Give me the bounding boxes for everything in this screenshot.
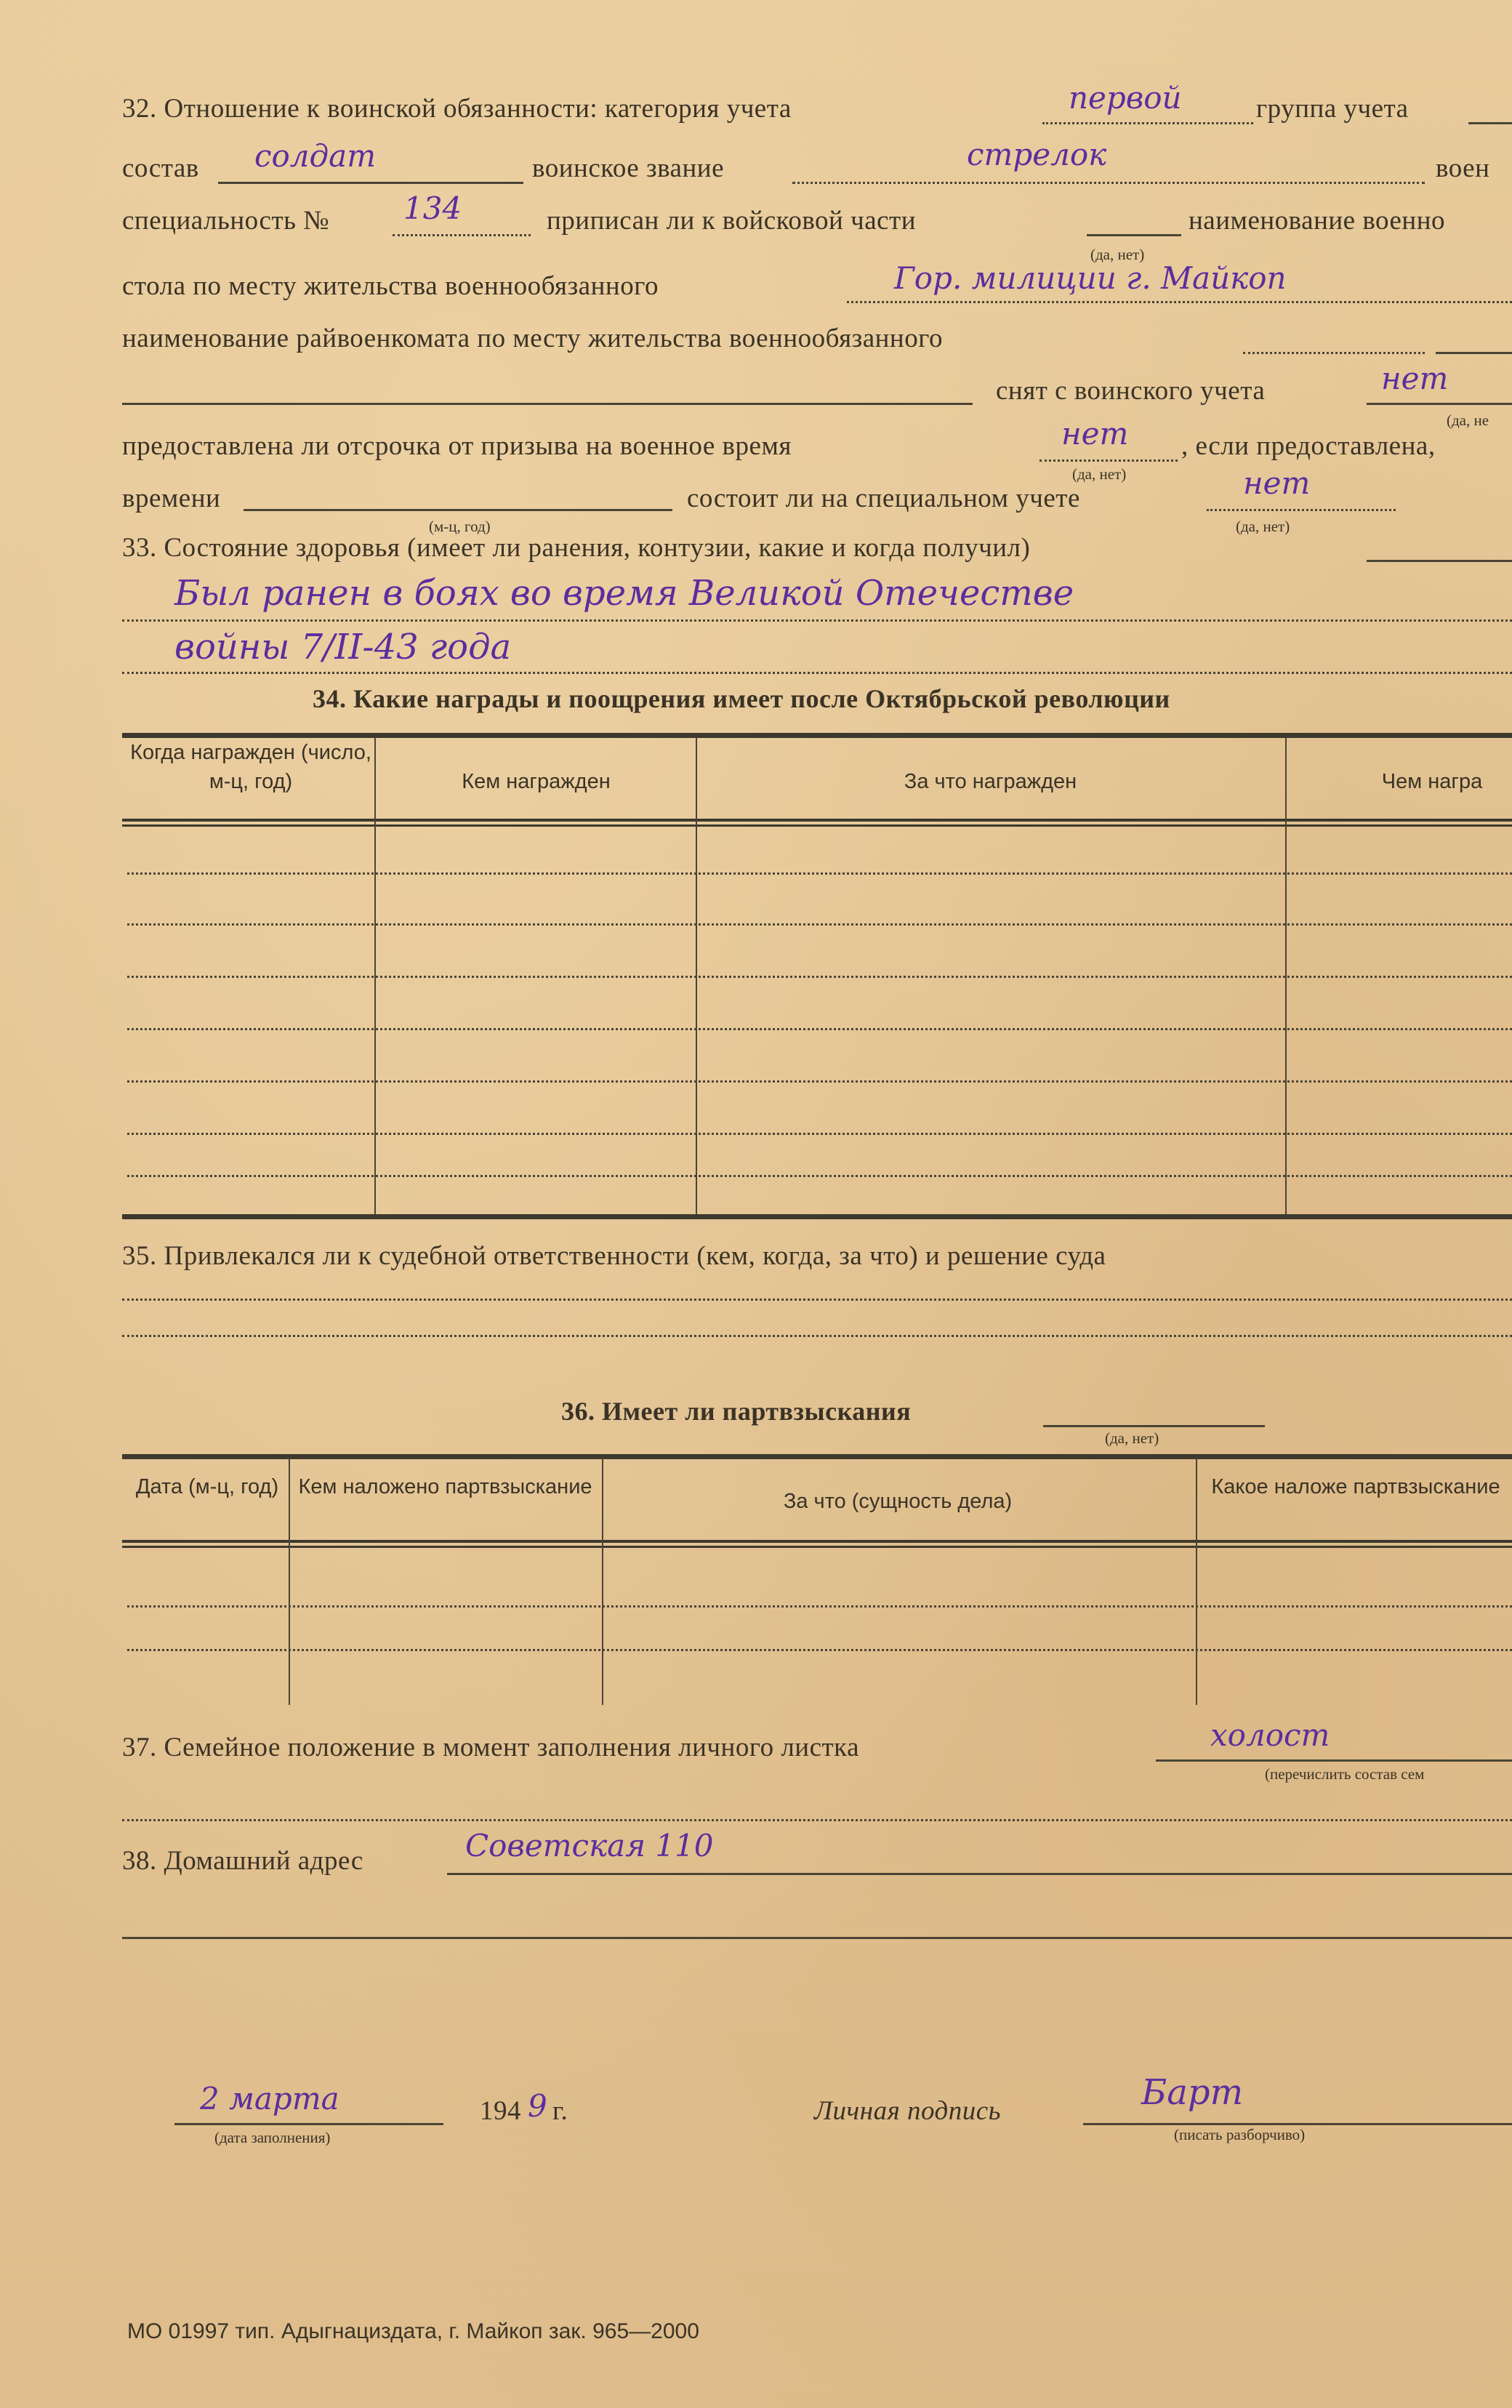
penalty-row-line [127, 1649, 1512, 1651]
family-field-line [1156, 1759, 1512, 1762]
voen-label: воен [1436, 153, 1489, 184]
year-digit[interactable]: 9 [528, 2088, 547, 2124]
penalty-row-line [127, 1605, 1512, 1608]
awards-col-with-what: Чем награ [1287, 767, 1512, 796]
year-prefix: 194 [480, 2095, 521, 2127]
rank-value[interactable]: стрелок [967, 137, 1106, 172]
health-value-line-1[interactable]: Был ранен в боях во время Великой Отечес… [174, 573, 1074, 614]
awards-row-line [127, 1175, 1512, 1177]
awards-row-line [127, 1133, 1512, 1135]
awards-title: 34. Какие награды и поощрения имеет посл… [313, 683, 1170, 714]
special-value[interactable]: нет [1243, 465, 1310, 501]
assigned-label: приписан ли к войсковой части [547, 205, 916, 236]
raivoenkomat-continuation-line [122, 403, 973, 405]
assigned-field-line [1087, 234, 1181, 236]
time-label: времени [122, 483, 220, 514]
if-granted-label: , если предоставлена, [1181, 430, 1436, 462]
awards-row-line [127, 923, 1512, 926]
awards-row-line [127, 1080, 1512, 1083]
awards-table-bottom-border [122, 1214, 1512, 1219]
address-field-line [447, 1873, 1512, 1875]
deferment-hint: (да, нет) [1072, 465, 1126, 483]
category-field-line [1042, 122, 1253, 124]
penalty-col-divider-3 [1196, 1458, 1197, 1705]
table-field-line [847, 301, 1512, 303]
family-line-2 [122, 1819, 1512, 1821]
table-value[interactable]: Гор. милиции г. Майкоп [894, 260, 1287, 296]
family-hint: (перечислить состав сем [1265, 1765, 1424, 1783]
spec-value[interactable]: 134 [403, 190, 462, 226]
party-penalty-hint: (да, нет) [1105, 1429, 1159, 1448]
court-line-1 [122, 1299, 1512, 1301]
s32-label: 32. Отношение к воинской обязанности: ка… [122, 93, 792, 124]
address-value[interactable]: Советская 110 [465, 1828, 714, 1863]
rank-field-line [792, 182, 1425, 184]
awards-col-by-whom: Кем награжден [378, 767, 694, 796]
signature-field-line [1083, 2123, 1512, 2125]
signature-hint: (писать разборчиво) [1174, 2126, 1305, 2144]
printer-imprint: МО 01997 тип. Адыгнациздата, г. Майкоп з… [127, 2319, 699, 2344]
time-field-line [244, 509, 672, 511]
penalty-col-type: Какое наложе партвзыскание [1199, 1472, 1512, 1501]
signature-value[interactable]: Барт [1141, 2072, 1243, 2113]
removed-value[interactable]: нет [1381, 361, 1448, 396]
category-value[interactable]: первой [1069, 80, 1182, 116]
date-value[interactable]: 2 марта [200, 2081, 339, 2116]
signature-label: Личная подпись [814, 2095, 1001, 2127]
removed-field-line [1367, 403, 1512, 405]
deferment-label: предоставлена ли отсрочка от призыва на … [122, 430, 792, 462]
date-field-line [174, 2123, 443, 2125]
penalty-col-date: Дата (м-ц, год) [127, 1472, 287, 1501]
health-line-2 [122, 672, 1512, 674]
awards-col-when: Когда награжден (число, м-ц, год) [127, 738, 374, 796]
raivoenkomat-label: наименование райвоенкомата по месту жите… [122, 323, 943, 354]
penalty-col-by-whom: Кем наложено партвзыскание [291, 1472, 600, 1501]
name-label: наименование военно [1189, 205, 1445, 236]
penalty-col-for-what: За что (сущность дела) [603, 1487, 1192, 1516]
awards-row-line [127, 872, 1512, 875]
party-penalty-title: 36. Имеет ли партвзыскания [561, 1396, 911, 1426]
health-field-line [1367, 560, 1512, 562]
table-label: стола по месту жительства военнообязанно… [122, 270, 659, 302]
awards-col-divider-3 [1285, 738, 1287, 1218]
health-line-1 [122, 619, 1512, 622]
group-label: группа учета [1256, 93, 1409, 124]
court-label: 35. Привлекался ли к судебной ответствен… [122, 1240, 1106, 1272]
penalty-col-divider-2 [602, 1458, 603, 1705]
penalty-col-divider-1 [289, 1458, 290, 1705]
removed-hint: (да, не [1447, 412, 1489, 430]
family-value[interactable]: холост [1210, 1717, 1330, 1753]
awards-col-divider-1 [374, 738, 376, 1218]
awards-row-line [127, 976, 1512, 978]
family-label: 37. Семейное положение в момент заполнен… [122, 1732, 859, 1763]
raivoenkomat-field-line-a [1243, 352, 1425, 354]
group-field-line [1468, 122, 1512, 124]
date-hint: (дата заполнения) [214, 2129, 330, 2147]
spec-field-line [393, 234, 531, 236]
spec-label: специальность № [122, 205, 329, 236]
health-label: 33. Состояние здоровья (имеет ли ранения… [122, 532, 1030, 563]
awards-col-divider-2 [696, 738, 697, 1218]
special-label: состоит ли на специальном учете [687, 483, 1080, 514]
sostav-label: состав [122, 153, 199, 184]
health-value-line-2[interactable]: войны 7/II-43 года [174, 627, 511, 667]
awards-header-border-2 [122, 824, 1512, 827]
address-label: 38. Домашний адрес [122, 1845, 363, 1877]
sostav-value[interactable]: солдат [254, 138, 376, 174]
penalty-table-top-border [122, 1454, 1512, 1459]
year-suffix: г. [552, 2095, 568, 2127]
raivoenkomat-field-line-b [1436, 352, 1512, 354]
awards-header-border-1 [122, 819, 1512, 822]
deferment-field-line [1039, 459, 1178, 462]
rank-label: воинское звание [532, 153, 724, 184]
penalty-header-border-1 [122, 1540, 1512, 1543]
special-hint: (да, нет) [1236, 518, 1290, 536]
party-penalty-field-line [1043, 1425, 1265, 1427]
removed-label: снят с воинского учета [996, 375, 1265, 406]
court-line-2 [122, 1335, 1512, 1337]
address-line-2 [122, 1937, 1512, 1939]
penalty-header-border-2 [122, 1546, 1512, 1548]
awards-col-for-what: За что награжден [698, 767, 1283, 796]
awards-row-line [127, 1028, 1512, 1030]
awards-table-top-border [122, 733, 1512, 738]
special-field-line [1207, 509, 1396, 511]
deferment-value[interactable]: нет [1061, 416, 1128, 451]
sostav-field-line [218, 182, 523, 184]
